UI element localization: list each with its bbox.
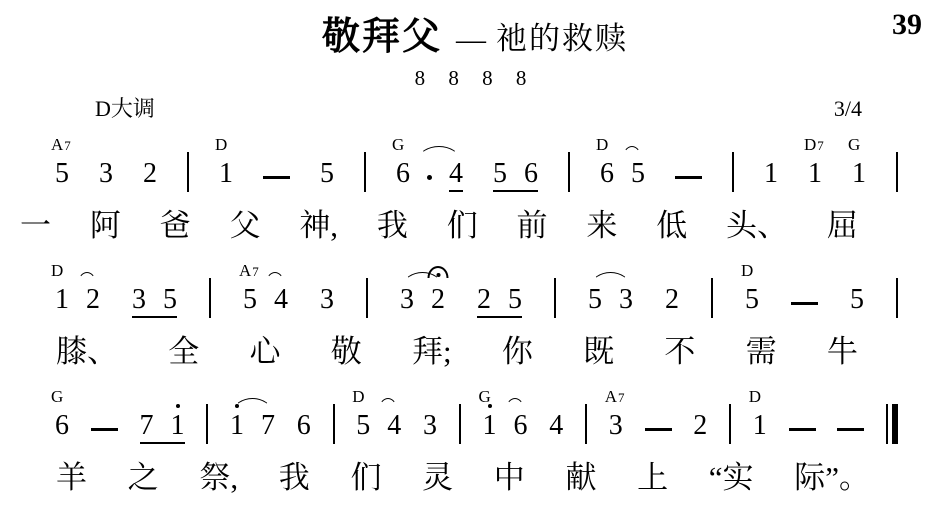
lyric-syllable: 需	[746, 328, 777, 376]
lyric-syllable: “实	[709, 454, 754, 502]
note-digit: 6	[55, 412, 69, 440]
lyric-syllable: 祭,	[199, 454, 238, 502]
note: 6	[524, 160, 538, 190]
note-group: G64	[396, 160, 463, 192]
barline	[187, 152, 189, 192]
note-group: 56	[493, 160, 538, 192]
octave-dot-icon	[176, 404, 180, 408]
lyric-syllable: 我	[377, 202, 408, 250]
lyric-syllable: 之	[128, 454, 159, 502]
note: 5	[320, 160, 334, 192]
note-digit: 2	[86, 286, 100, 314]
chord-root: G	[848, 135, 861, 154]
note: A75	[55, 160, 69, 192]
barline	[896, 278, 898, 318]
note-digit: 4	[387, 412, 401, 440]
key-signature: D大调	[95, 94, 155, 124]
note-digit: 5	[356, 412, 370, 440]
chord-root: D	[804, 135, 817, 154]
chord-label: A7	[239, 262, 260, 279]
chord-label: G	[848, 136, 861, 153]
barline	[364, 152, 366, 192]
note: 1	[764, 160, 778, 192]
barline	[206, 404, 208, 444]
key-time-row: D大调 3/4	[0, 94, 950, 124]
chord-label: D	[596, 136, 609, 153]
title-separator-dash: —	[442, 23, 496, 56]
duration-dash-icon	[263, 176, 290, 179]
music-line: G671176D543G164A732D1羊之祭,我们灵中献上“实际”。	[0, 402, 950, 502]
chord-label: A7	[605, 388, 626, 405]
note-digit: 2	[143, 160, 157, 188]
note-digit: 5	[850, 286, 864, 314]
notes-row: A7532D15G6456D651D71G1	[0, 150, 950, 192]
note-digit: 7	[261, 412, 275, 440]
note: 1	[230, 412, 244, 444]
chord-label: D	[352, 388, 365, 405]
chord-label: A7	[51, 136, 72, 153]
final-bar-thin	[886, 404, 888, 444]
barline	[732, 152, 734, 192]
note: 3	[423, 412, 437, 444]
note: A75	[243, 286, 257, 318]
chord-number: 7	[817, 138, 825, 153]
chord-root: A	[605, 387, 618, 406]
title-row: 敬拜父—祂的救赎	[0, 0, 950, 60]
lyric-syllable: 不	[664, 328, 695, 376]
note-digit: 7	[140, 412, 154, 440]
note-digit: 1	[483, 412, 497, 440]
duration-dash-icon	[789, 428, 816, 431]
chord-root: G	[51, 387, 64, 406]
note-digit: 1	[753, 412, 767, 440]
lyric-syllable: 们	[447, 202, 478, 250]
lyric-syllable: 敬	[331, 328, 362, 376]
lyric-syllable: 献	[565, 454, 596, 502]
note: D1	[55, 286, 69, 318]
chord-label: G	[51, 388, 64, 405]
note-digit: 1	[219, 160, 233, 188]
note: 6	[297, 412, 311, 444]
note: 2	[693, 412, 707, 444]
lyric-syllable: 既	[583, 328, 614, 376]
note: 7	[140, 412, 154, 442]
hymn-sheet: 39 敬拜父—祂的救赎 8 8 8 8 D大调 3/4 A7532D15G645…	[0, 0, 950, 505]
note-group: A754	[243, 286, 288, 318]
note-group: 53	[588, 286, 633, 318]
chord-root: G	[392, 135, 405, 154]
chord-number: 7	[252, 264, 260, 279]
note-group: D12	[55, 286, 100, 318]
barline	[711, 278, 713, 318]
music-line: A7532D15G6456D651D71G1一阿爸父神,我们前来低头、屈	[0, 150, 950, 250]
note: 5	[631, 160, 645, 192]
lyric-syllable: 我	[279, 454, 310, 502]
note: 2	[86, 286, 100, 318]
note-digit: 3	[132, 286, 146, 314]
note-digit: 1	[171, 412, 185, 440]
note-digit: 3	[619, 286, 633, 314]
lyrics-row: 膝、全心敬拜;你既不需牛	[0, 328, 950, 376]
lyric-syllable: 际”。	[794, 454, 870, 502]
barline	[209, 278, 211, 318]
note: 2	[477, 286, 491, 316]
lyric-syllable: 心	[250, 328, 281, 376]
duration-dash-icon	[791, 302, 818, 305]
note-digit: 2	[693, 412, 707, 440]
note: D71	[808, 160, 822, 192]
lyric-syllable: 牛	[827, 328, 858, 376]
note: 2	[665, 286, 679, 318]
chord-label: D	[51, 262, 64, 279]
note-digit: 1	[230, 412, 244, 440]
duration-dash-icon	[91, 428, 118, 431]
chord-label: D	[741, 262, 754, 279]
lyric-syllable: 头、	[726, 202, 788, 250]
lyric-syllable: 你	[502, 328, 533, 376]
note-digit: 4	[274, 286, 288, 314]
note-digit: 6	[600, 160, 614, 188]
note: G1	[483, 412, 497, 444]
barline	[554, 278, 556, 318]
note-digit: 6	[297, 412, 311, 440]
time-signature: 3/4	[834, 94, 862, 124]
note: 3	[619, 286, 633, 318]
lyric-syllable: 前	[517, 202, 548, 250]
note-group: 17	[230, 412, 275, 444]
notes-row: G671176D543G164A732D1	[0, 402, 950, 444]
note-digit: 5	[55, 160, 69, 188]
duration-dash-icon	[675, 176, 702, 179]
barline	[459, 404, 461, 444]
note-digit: 5	[243, 286, 257, 314]
note-group: 71	[140, 412, 185, 444]
lyric-syllable: 拜;	[412, 328, 452, 376]
note-group: G16	[483, 412, 528, 444]
note: D1	[753, 412, 767, 444]
note-digit: 1	[764, 160, 778, 188]
note: 2	[431, 286, 445, 318]
note-digit: 6	[524, 160, 538, 188]
note: 2	[143, 160, 157, 192]
note: 4	[274, 286, 288, 318]
chord-root: A	[239, 261, 252, 280]
lyric-syllable: 爸	[160, 202, 191, 250]
lyric-syllable: 一	[20, 202, 51, 250]
chord-root: D	[741, 261, 754, 280]
note-digit: 2	[431, 286, 445, 314]
chord-root: D	[215, 135, 228, 154]
barline	[568, 152, 570, 192]
octave-dot-icon	[235, 404, 239, 408]
note-digit: 3	[320, 286, 334, 314]
barline	[585, 404, 587, 444]
chord-label: D	[749, 388, 762, 405]
hymn-title: 敬拜父	[322, 14, 442, 58]
note-digit: 5	[508, 286, 522, 314]
note: 4	[549, 412, 563, 444]
note-digit: 5	[631, 160, 645, 188]
note-group: D54	[356, 412, 401, 444]
chord-label: D7	[804, 136, 825, 153]
lyric-syllable: 羊	[56, 454, 87, 502]
note-digit: 5	[163, 286, 177, 314]
note-digit: 5	[320, 160, 334, 188]
note-digit: 2	[665, 286, 679, 314]
final-barline	[886, 404, 898, 444]
note: 5	[493, 160, 507, 190]
note-digit: 4	[549, 412, 563, 440]
chord-number: 7	[618, 390, 626, 405]
note-digit: 3	[609, 412, 623, 440]
note: 1	[171, 412, 185, 442]
notes-row: D1235A75433225532D55	[0, 276, 950, 318]
note-digit: 1	[808, 160, 822, 188]
barline	[366, 278, 368, 318]
note-group: 35	[132, 286, 177, 318]
note-digit: 6	[396, 160, 410, 188]
lyrics-row: 羊之祭,我们灵中献上“实际”。	[0, 454, 950, 502]
duration-dash-icon	[645, 428, 672, 431]
chord-root: D	[51, 261, 64, 280]
note: 4	[387, 412, 401, 444]
lyric-syllable: 中	[494, 454, 525, 502]
page-number: 39	[892, 8, 922, 42]
chord-label: G	[479, 388, 492, 405]
chord-root: A	[51, 135, 64, 154]
lyric-syllable: 屈	[827, 202, 858, 250]
note: 5	[508, 286, 522, 316]
note-digit: 6	[514, 412, 528, 440]
note: G6	[55, 412, 69, 444]
note-digit: 4	[449, 160, 463, 188]
note: D5	[745, 286, 759, 318]
chord-root: D	[352, 387, 365, 406]
chord-number: 7	[64, 138, 72, 153]
chord-label: G	[392, 136, 405, 153]
lyrics-row: 一阿爸父神,我们前来低头、屈	[0, 202, 950, 250]
note: D1	[219, 160, 233, 192]
note: 4	[449, 160, 463, 192]
note-digit: 3	[400, 286, 414, 314]
lyric-syllable: 灵	[422, 454, 453, 502]
note-digit: 5	[588, 286, 602, 314]
note-group: 32	[400, 286, 445, 318]
note-digit: 3	[99, 160, 113, 188]
lyric-syllable: 膝、	[56, 328, 118, 376]
note: G1	[852, 160, 866, 192]
note: 6	[514, 412, 528, 444]
note: 3	[99, 160, 113, 192]
lyric-syllable: 父	[229, 202, 260, 250]
note: D6	[600, 160, 614, 192]
note: 5	[850, 286, 864, 318]
fermata-icon	[428, 266, 449, 278]
hymn-subtitle: 祂的救赎	[496, 21, 628, 56]
note: D5	[356, 412, 370, 444]
duration-dash-icon	[837, 428, 864, 431]
note: 3	[320, 286, 334, 318]
barline	[896, 152, 898, 192]
note: A73	[609, 412, 623, 444]
note: 7	[261, 412, 275, 444]
meter-numbers: 8 8 8 8	[0, 64, 950, 92]
barline	[729, 404, 731, 444]
lyric-syllable: 全	[168, 328, 199, 376]
chord-label: D	[215, 136, 228, 153]
lyric-syllable: 低	[656, 202, 687, 250]
note-digit: 2	[477, 286, 491, 314]
lyric-syllable: 神,	[299, 202, 338, 250]
lyric-syllable: 上	[637, 454, 668, 502]
barline	[333, 404, 335, 444]
note-group: D65	[600, 160, 645, 192]
duration-dot-icon	[427, 175, 432, 180]
note: 3	[132, 286, 146, 316]
note: G6	[396, 160, 410, 192]
note: 5	[588, 286, 602, 318]
octave-dot-icon	[488, 404, 492, 408]
note: 3	[400, 286, 414, 318]
note-digit: 5	[493, 160, 507, 188]
final-bar-thick	[892, 404, 898, 444]
note-group: 25	[477, 286, 522, 318]
lyric-syllable: 们	[350, 454, 381, 502]
note-digit: 5	[745, 286, 759, 314]
music-line: D1235A75433225532D55膝、全心敬拜;你既不需牛	[0, 276, 950, 376]
note-digit: 1	[852, 160, 866, 188]
music-system: A7532D15G6456D651D71G1一阿爸父神,我们前来低头、屈D123…	[0, 150, 950, 502]
lyric-syllable: 来	[586, 202, 617, 250]
chord-root: D	[749, 387, 762, 406]
note: 5	[163, 286, 177, 316]
note-digit: 3	[423, 412, 437, 440]
note-digit: 1	[55, 286, 69, 314]
lyric-syllable: 阿	[90, 202, 121, 250]
chord-root: D	[596, 135, 609, 154]
